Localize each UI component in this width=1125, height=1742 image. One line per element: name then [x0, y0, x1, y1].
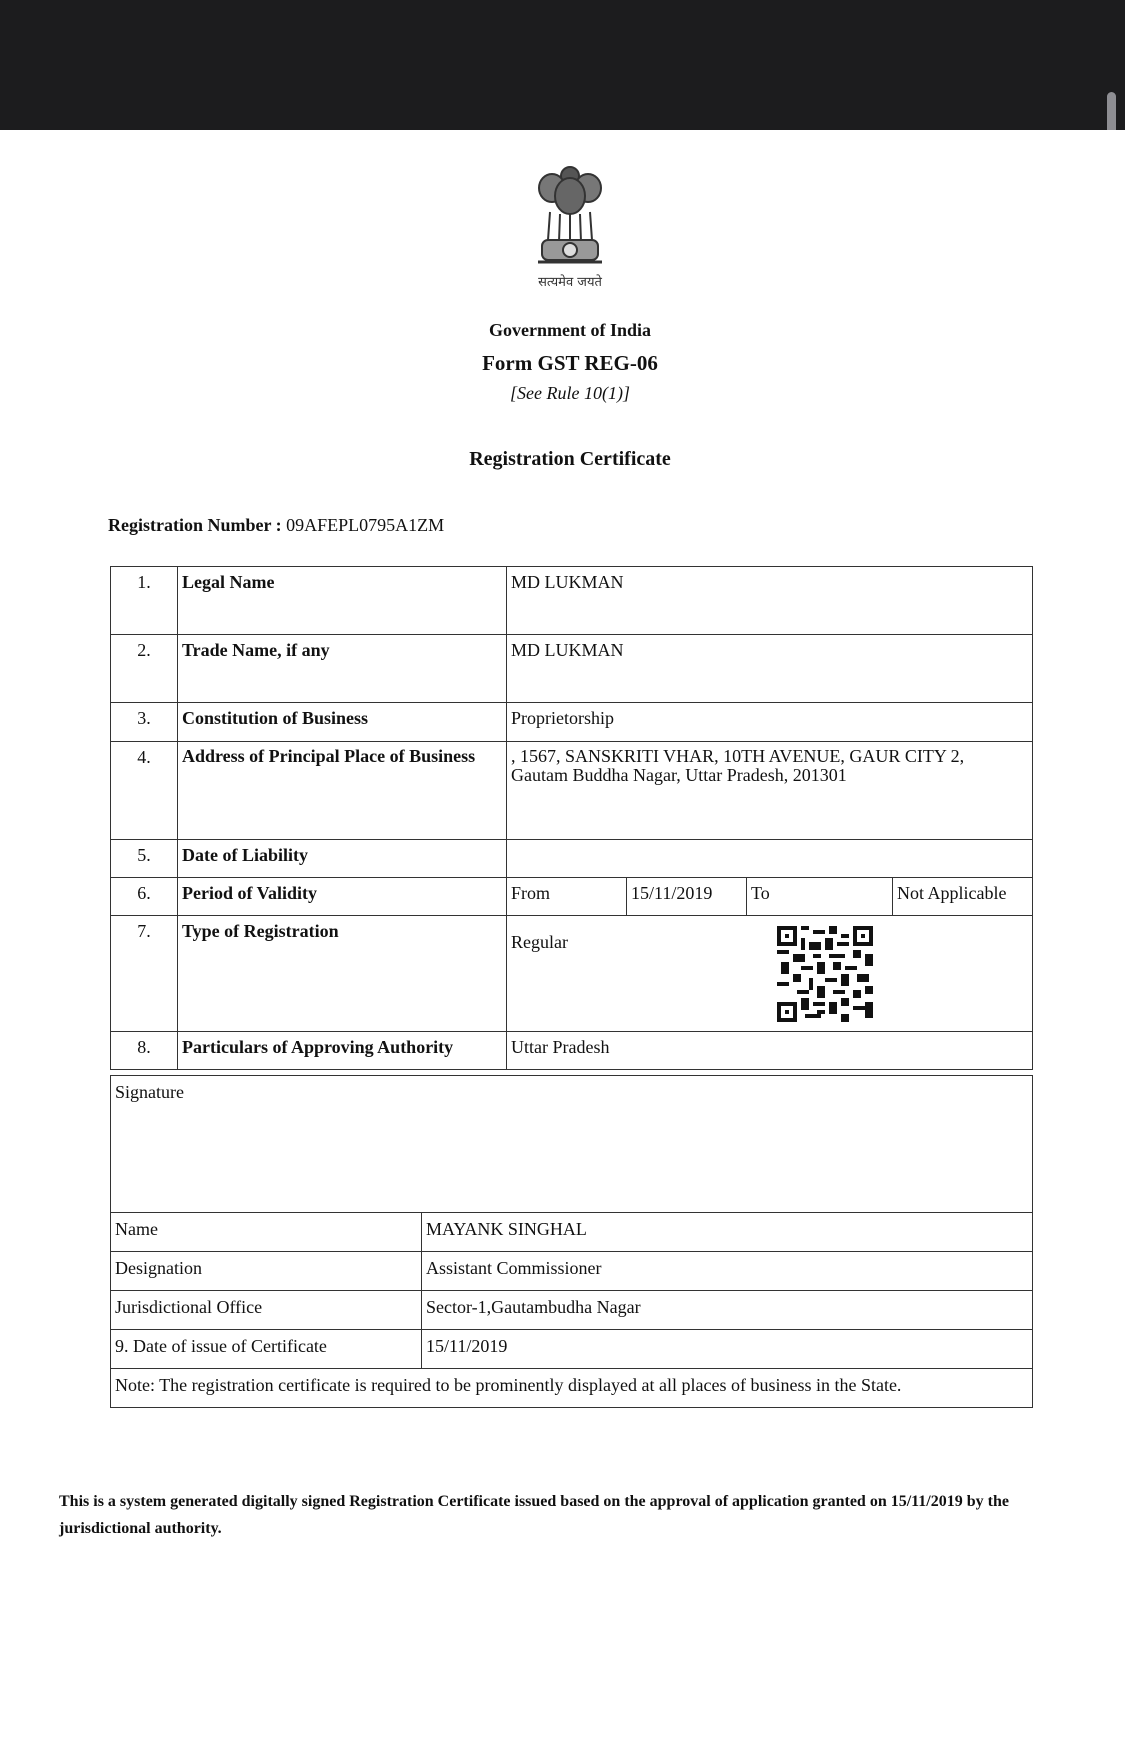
- table-row: 9. Date of issue of Certificate 15/11/20…: [111, 1330, 1033, 1369]
- validity-from-value: 15/11/2019: [627, 878, 747, 916]
- jurisdictional-office-value: Sector-1,Gautambudha Nagar: [422, 1291, 1033, 1330]
- address-line-1: , 1567, SANSKRITI VHAR, 10TH AVENUE, GAU…: [511, 747, 1028, 766]
- row-number: 1.: [111, 567, 178, 635]
- validity-from-label: From: [507, 878, 627, 916]
- row-label: Particulars of Approving Authority: [178, 1032, 507, 1070]
- row-label: Date of Liability: [178, 840, 507, 878]
- validity-to-label: To: [747, 878, 893, 916]
- row-label: Legal Name: [178, 567, 507, 635]
- row-number: 2.: [111, 635, 178, 703]
- officer-name-value: MAYANK SINGHAL: [422, 1213, 1033, 1252]
- signature-row: Signature: [111, 1076, 1033, 1213]
- national-emblem-icon: [532, 162, 608, 274]
- signature-label: Signature: [111, 1076, 1033, 1213]
- row-label: Address of Principal Place of Business: [178, 742, 507, 840]
- table-row: Jurisdictional Office Sector-1,Gautambud…: [111, 1291, 1033, 1330]
- row-number: 6.: [111, 878, 178, 916]
- government-heading: Government of India: [0, 320, 1125, 341]
- table-row: 3. Constitution of Business Proprietorsh…: [111, 703, 1033, 742]
- address-value: , 1567, SANSKRITI VHAR, 10TH AVENUE, GAU…: [507, 742, 1033, 840]
- row-label: Type of Registration: [178, 916, 507, 1032]
- registration-number-value: 09AFEPL0795A1ZM: [286, 515, 444, 535]
- scrollbar-thumb[interactable]: [1107, 92, 1116, 132]
- table-row: 4. Address of Principal Place of Busines…: [111, 742, 1033, 840]
- emblem-motto: सत्यमेव जयते: [500, 272, 640, 290]
- viewer-top-bar: [0, 0, 1125, 130]
- registration-details-table: 1. Legal Name MD LUKMAN 2. Trade Name, i…: [110, 566, 1033, 1070]
- table-row: 1. Legal Name MD LUKMAN: [111, 567, 1033, 635]
- table-row: Designation Assistant Commissioner: [111, 1252, 1033, 1291]
- row-number: 4.: [111, 742, 178, 840]
- field-label: Designation: [111, 1252, 422, 1291]
- rule-reference: [See Rule 10(1)]: [0, 383, 1125, 404]
- row-number: 7.: [111, 916, 178, 1032]
- qr-code-icon: [777, 926, 873, 1022]
- address-line-2: Gautam Buddha Nagar, Uttar Pradesh, 2013…: [511, 766, 1028, 785]
- authority-table: Signature Name MAYANK SINGHAL Designatio…: [110, 1075, 1033, 1408]
- designation-value: Assistant Commissioner: [422, 1252, 1033, 1291]
- row-label: Trade Name, if any: [178, 635, 507, 703]
- row-label: Constitution of Business: [178, 703, 507, 742]
- certificate-title: Registration Certificate: [0, 448, 1125, 471]
- table-row: 6. Period of Validity From 15/11/2019 To…: [111, 878, 1033, 916]
- registration-type-cell: Regular: [507, 916, 1033, 1032]
- display-note: Note: The registration certificate is re…: [111, 1369, 1033, 1408]
- note-row: Note: The registration certificate is re…: [111, 1369, 1033, 1408]
- table-row: 5. Date of Liability: [111, 840, 1033, 878]
- form-title: Form GST REG-06: [0, 351, 1125, 376]
- trade-name-value: MD LUKMAN: [507, 635, 1033, 703]
- table-row: Name MAYANK SINGHAL: [111, 1213, 1033, 1252]
- row-number: 3.: [111, 703, 178, 742]
- row-number: 8.: [111, 1032, 178, 1070]
- registration-number-label: Registration Number :: [108, 515, 282, 535]
- row-number: 5.: [111, 840, 178, 878]
- table-row: 7. Type of Registration Regular: [111, 916, 1033, 1032]
- field-label: Jurisdictional Office: [111, 1291, 422, 1330]
- approving-authority-value: Uttar Pradesh: [507, 1032, 1033, 1070]
- table-row: 2. Trade Name, if any MD LUKMAN: [111, 635, 1033, 703]
- validity-to-value: Not Applicable: [893, 878, 1033, 916]
- table-row: 8. Particulars of Approving Authority Ut…: [111, 1032, 1033, 1070]
- legal-name-value: MD LUKMAN: [507, 567, 1033, 635]
- row-label: Period of Validity: [178, 878, 507, 916]
- field-label: 9. Date of issue of Certificate: [111, 1330, 422, 1369]
- digital-signature-statement: This is a system generated digitally sig…: [59, 1488, 1099, 1542]
- issue-date-value: 15/11/2019: [422, 1330, 1033, 1369]
- date-of-liability-value: [507, 840, 1033, 878]
- field-label: Name: [111, 1213, 422, 1252]
- registration-number: Registration Number : 09AFEPL0795A1ZM: [108, 515, 444, 536]
- constitution-value: Proprietorship: [507, 703, 1033, 742]
- registration-type-value: Regular: [511, 932, 568, 952]
